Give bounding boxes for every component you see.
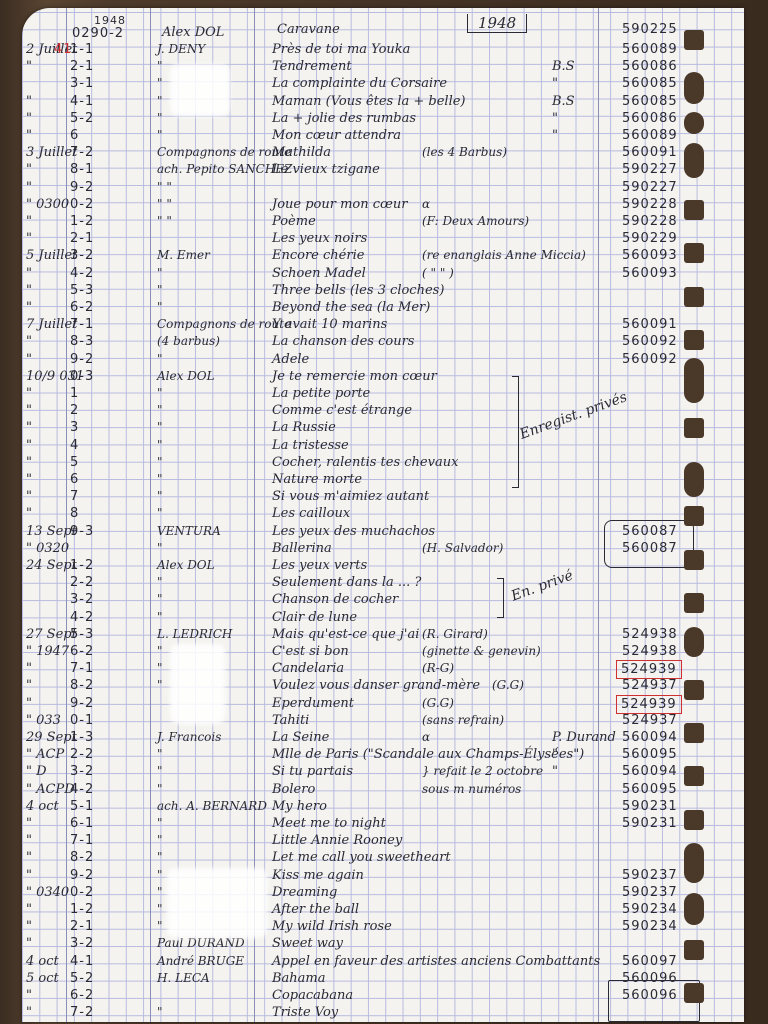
row-ref: 524938 xyxy=(622,626,678,643)
row-title: Je te remercie mon cœur xyxy=(272,368,437,385)
row-title: Beyond the sea (la Mer) xyxy=(272,299,430,316)
column-rule xyxy=(598,8,599,1022)
row-id: 9-2 xyxy=(70,179,94,196)
row-id: 8-1 xyxy=(70,161,94,178)
row-date: " 0300 xyxy=(26,196,69,213)
row-note: ( " " ) xyxy=(422,265,454,282)
row-id: 5-2 xyxy=(70,970,94,987)
row-date: 5 oct xyxy=(26,970,59,987)
row-ref: 560085 xyxy=(622,93,678,110)
row-id: 2-2 xyxy=(70,574,94,591)
row-artist: " xyxy=(157,849,163,866)
row-title: Ballerina xyxy=(272,540,332,557)
row-artist: (4 barbus) xyxy=(157,333,220,350)
row-ref: 590237 xyxy=(622,867,678,884)
correction-fluid xyxy=(167,868,267,938)
row-date: " xyxy=(26,471,32,488)
row-ref: 560092 xyxy=(622,333,678,350)
row-date: " xyxy=(26,385,32,402)
row-label: B.S xyxy=(552,58,575,75)
row-artist: " xyxy=(157,815,163,832)
row-label: " xyxy=(552,110,558,127)
row-artist: " xyxy=(157,540,163,557)
row-artist: " xyxy=(157,832,163,849)
side-note: Enregist. privés xyxy=(518,389,630,443)
row-id: 0-2 xyxy=(70,884,94,901)
row-id: 1-1 xyxy=(70,41,94,58)
row-date: " xyxy=(26,161,32,178)
row-title: Sweet way xyxy=(272,935,343,952)
row-title: Kiss me again xyxy=(272,867,364,884)
row-id: 4 xyxy=(70,437,79,454)
ref-box xyxy=(604,520,694,568)
row-date: " 0320 xyxy=(26,540,69,557)
row-artist: " xyxy=(157,901,163,918)
year-header: 1948 xyxy=(467,14,527,33)
row-id: 9-2 xyxy=(70,351,94,368)
row-title: Y avait 10 marins xyxy=(272,316,387,333)
row-artist: " xyxy=(157,781,163,798)
row-ref: 560091 xyxy=(622,144,678,161)
row-id: 7-1 xyxy=(70,832,94,849)
row-artist: " " xyxy=(157,179,172,196)
row-date: " 033 xyxy=(26,712,61,729)
row-artist: Alex DOL xyxy=(157,557,215,574)
row-note: (G.G) xyxy=(422,695,454,712)
row-title: Seulement dans la ... ? xyxy=(272,574,421,591)
row-artist: " xyxy=(157,93,163,110)
row-ref: 560094 xyxy=(622,729,678,746)
row-ref: 560093 xyxy=(622,247,678,264)
row-title: Voulez vous danser grand-mère xyxy=(272,677,480,694)
correction-fluid xyxy=(170,64,230,116)
row-id: 6-1 xyxy=(70,815,94,832)
row-note: (H. Salvador) xyxy=(422,540,503,557)
ledger-page: 1948 1948 0290-2 Alex DOL Caravane 59022… xyxy=(22,8,744,1022)
row-title: Meet me to night xyxy=(272,815,386,832)
row-title: Les yeux verts xyxy=(272,557,367,574)
row-date: " xyxy=(26,660,32,677)
row-label: " xyxy=(552,763,558,780)
row-artist: " xyxy=(157,591,163,608)
row-title: La Seine xyxy=(272,729,329,746)
row-date: " ACP xyxy=(26,746,64,763)
row-artist: " xyxy=(157,884,163,901)
row-artist: " xyxy=(157,419,163,436)
row-id: 8-2 xyxy=(70,849,94,866)
row-title: La + jolie des rumbas xyxy=(272,110,416,127)
row-date: " xyxy=(26,935,32,952)
row-title: Le vieux tzigane xyxy=(272,161,380,178)
row-artist: " xyxy=(157,488,163,505)
row-title: Let me call you sweetheart xyxy=(272,849,451,866)
row-artist: " xyxy=(157,643,163,660)
row-title: La petite porte xyxy=(272,385,370,402)
row-title: Triste Voy xyxy=(272,1004,338,1021)
row-title: C'est si bon xyxy=(272,643,349,660)
row-title: La chanson des cours xyxy=(272,333,414,350)
row-note: α xyxy=(422,196,430,213)
row-title: Tendrement xyxy=(272,58,352,75)
row-id: 5-2 xyxy=(70,110,94,127)
row-date: " xyxy=(26,815,32,832)
row-title: Les yeux des muchachos xyxy=(272,523,435,540)
row-id: 4-2 xyxy=(70,781,94,798)
row-id: 2-1 xyxy=(70,58,94,75)
row-title: Schoen Madel xyxy=(272,265,366,282)
row-note: α xyxy=(422,729,430,746)
row-artist: " xyxy=(157,75,163,92)
row-note: (les 4 Barbus) xyxy=(422,144,507,161)
row-date: " xyxy=(26,265,32,282)
row-date: " xyxy=(26,867,32,884)
row-artist: M. Emer xyxy=(157,247,210,264)
row-id: 9-2 xyxy=(70,695,94,712)
row-artist: " xyxy=(157,746,163,763)
row-title: Comme c'est étrange xyxy=(272,402,412,419)
row-title: Little Annie Rooney xyxy=(272,832,402,849)
row-artist: VENTURA xyxy=(157,523,221,540)
row-artist: André BRUGE xyxy=(157,953,244,970)
row-ref: 560097 xyxy=(622,953,678,970)
row-artist: J. Francois xyxy=(157,729,221,746)
row-id: 0-3 xyxy=(70,368,94,385)
row-label: B.S xyxy=(552,93,575,110)
row-label: P. Durand xyxy=(552,729,616,746)
row-title: Mathilda xyxy=(272,144,331,161)
row-id: 2-1 xyxy=(70,918,94,935)
row-date: " xyxy=(26,901,32,918)
row-ref: 560086 xyxy=(622,110,678,127)
row-artist: " xyxy=(157,660,163,677)
row-ref: 560089 xyxy=(622,41,678,58)
row-ref: 590234 xyxy=(622,918,678,935)
row-artist: " xyxy=(157,127,163,144)
row-artist: " xyxy=(157,471,163,488)
row-note: (sans refrain) xyxy=(422,712,504,729)
row-date: " xyxy=(26,832,32,849)
row-title: Cocher, ralentis tes chevaux xyxy=(272,454,458,471)
row-ref: 560091 xyxy=(622,316,678,333)
row-id: 1-2 xyxy=(70,213,94,230)
row-ref: 560085 xyxy=(622,75,678,92)
row-title: Mon cœur attendra xyxy=(272,127,401,144)
row-title: Bolero xyxy=(272,781,315,798)
top-ref: 590225 xyxy=(622,21,678,38)
side-note: En. privé xyxy=(509,567,575,604)
row-date: " xyxy=(26,127,32,144)
row-id: 1-3 xyxy=(70,729,94,746)
row-artist: " xyxy=(157,918,163,935)
row-title: Candelaria xyxy=(272,660,344,677)
row-ref: 560094 xyxy=(622,763,678,780)
row-id: 2 xyxy=(70,402,79,419)
row-ref: 524939 xyxy=(616,695,682,714)
row-date: " D xyxy=(26,763,47,780)
row-artist: " xyxy=(157,351,163,368)
row-ref: 560086 xyxy=(622,58,678,75)
row-artist: H. LECA xyxy=(157,970,210,987)
row-artist: " xyxy=(157,58,163,75)
row-id: 3-2 xyxy=(70,763,94,780)
row-ref: 590227 xyxy=(622,179,678,196)
row-ref: 590228 xyxy=(622,196,678,213)
row-id: 6-2 xyxy=(70,299,94,316)
row-date: " xyxy=(26,849,32,866)
row-date: " xyxy=(26,179,32,196)
row-id: 6-2 xyxy=(70,643,94,660)
row-title: Nature morte xyxy=(272,471,362,488)
row-date: " xyxy=(26,282,32,299)
row-id: 4-2 xyxy=(70,609,94,626)
row-artist: " xyxy=(157,574,163,591)
row-id: 8-3 xyxy=(70,333,94,350)
row-artist: " xyxy=(157,609,163,626)
row-artist: " xyxy=(157,1004,163,1021)
row-id: 8-2 xyxy=(70,677,94,694)
row-date: 4 oct xyxy=(26,798,59,815)
row-id: 7-2 xyxy=(70,144,94,161)
row-id: 3-2 xyxy=(70,247,94,264)
row-date: " xyxy=(26,987,32,1004)
row-artist: " xyxy=(157,282,163,299)
row-title: Joue pour mon cœur xyxy=(272,196,407,213)
row-artist: " xyxy=(157,763,163,780)
row-artist: " " xyxy=(157,213,172,230)
row-id: 2-1 xyxy=(70,230,94,247)
row-id: 0-1 xyxy=(70,712,94,729)
row-ref: 590229 xyxy=(622,230,678,247)
row-id: 7-1 xyxy=(70,316,94,333)
row-note: (R-G) xyxy=(422,660,454,677)
row-ref: 590231 xyxy=(622,798,678,815)
row-ref: 590231 xyxy=(622,815,678,832)
row-id: 0-2 xyxy=(70,196,94,213)
row-artist: " xyxy=(157,505,163,522)
row-id: 4-2 xyxy=(70,265,94,282)
row-id: 5-3 xyxy=(70,626,94,643)
row-id: 9-3 xyxy=(70,523,94,540)
row-date: " xyxy=(26,402,32,419)
row-artist: J. DENY xyxy=(157,41,205,58)
row-id: 6 xyxy=(70,127,79,144)
row-title: Three bells (les 3 cloches) xyxy=(272,282,444,299)
row-title: Bahama xyxy=(272,970,326,987)
row-artist: " xyxy=(157,110,163,127)
row-title: Adele xyxy=(272,351,309,368)
row-id: 4-1 xyxy=(70,93,94,110)
row-date: " xyxy=(26,454,32,471)
row-title: Les yeux noirs xyxy=(272,230,367,247)
row-date: " xyxy=(26,918,32,935)
row-artist: " xyxy=(157,867,163,884)
row-ref: 590237 xyxy=(622,884,678,901)
row-title: My wild Irish rose xyxy=(272,918,392,935)
row-note: (F: Deux Amours) xyxy=(422,213,529,230)
row-id: 3-2 xyxy=(70,591,94,608)
row-title: Chanson de cocher xyxy=(272,591,398,608)
row-artist: " xyxy=(157,299,163,316)
correction-fluid xyxy=(170,644,225,724)
row-title: Poème xyxy=(272,213,316,230)
row-ref: 524937 xyxy=(622,712,678,729)
row-artist: " xyxy=(157,454,163,471)
bracket xyxy=(497,578,504,618)
row-id: 5-3 xyxy=(70,282,94,299)
row-title: Appel en faveur des artistes anciens Com… xyxy=(272,953,600,970)
row-title: La Russie xyxy=(272,419,336,436)
row-title: Dreaming xyxy=(272,884,337,901)
row-id: 6 xyxy=(70,471,79,488)
row-ref: 560095 xyxy=(622,746,678,763)
row-ref: 524938 xyxy=(622,643,678,660)
row-date: " xyxy=(26,93,32,110)
row-ref: 524937 xyxy=(622,677,678,694)
row-title: Tahiti xyxy=(272,712,309,729)
row-artist: " xyxy=(157,402,163,419)
row-title: Mlle de Paris ("Scandale aux Champs-Élys… xyxy=(272,746,584,763)
row-date: " xyxy=(26,110,32,127)
row-note: } refait le 2 octobre xyxy=(422,763,543,780)
row-date: " 1947 xyxy=(26,643,69,660)
row-title: Près de toi ma Youka xyxy=(272,41,410,58)
row-id: 7-1 xyxy=(70,660,94,677)
row-artist: Alex DOL xyxy=(157,368,215,385)
row-ref: 560089 xyxy=(622,127,678,144)
row-note: (re enanglais Anne Miccia) xyxy=(422,247,586,264)
row-title: Mais qu'est-ce que j'ai xyxy=(272,626,419,643)
row-date: " xyxy=(26,299,32,316)
row-title: Maman (Vous êtes la + belle) xyxy=(272,93,466,110)
row-title: Copacabana xyxy=(272,987,353,1004)
row-label: " xyxy=(552,746,558,763)
row-label: " xyxy=(552,127,558,144)
row-note: sous m numéros xyxy=(422,781,521,798)
row-ref: 524939 xyxy=(616,660,682,679)
row-title: La tristesse xyxy=(272,437,349,454)
row-title: Encore chérie xyxy=(272,247,364,264)
row-date: " xyxy=(26,437,32,454)
row-date: 4 oct xyxy=(26,953,59,970)
column-rule xyxy=(150,8,151,1022)
row-note: (G.G) xyxy=(492,677,524,694)
row-id: 6-2 xyxy=(70,987,94,1004)
row-id: 7 xyxy=(70,488,79,505)
bracket xyxy=(512,376,519,488)
row-artist: L. LEDRICH xyxy=(157,626,232,643)
row-id: 5-1 xyxy=(70,798,94,815)
row-title: La complainte du Corsaire xyxy=(272,75,447,92)
row-label: " xyxy=(552,75,558,92)
top-title: Caravane xyxy=(277,21,340,38)
row-date: " xyxy=(26,488,32,505)
row-id: 7-2 xyxy=(70,1004,94,1021)
row-artist: " xyxy=(157,265,163,282)
row-ref: 590228 xyxy=(622,213,678,230)
row-id: 4-1 xyxy=(70,953,94,970)
row-title: Si tu partais xyxy=(272,763,353,780)
row-id: 5 xyxy=(70,454,79,471)
row-artist: " " xyxy=(157,196,172,213)
row-artist: " xyxy=(157,437,163,454)
row-date: " xyxy=(26,213,32,230)
row-id: 1 xyxy=(70,385,79,402)
row-id: 9-2 xyxy=(70,867,94,884)
row-date: " ACPD xyxy=(26,781,75,798)
row-id: 3-2 xyxy=(70,935,94,952)
row-ref: 590234 xyxy=(622,901,678,918)
row-date: " xyxy=(26,333,32,350)
row-date: " xyxy=(26,419,32,436)
row-date: " xyxy=(26,505,32,522)
row-title: Si vous m'aimiez autant xyxy=(272,488,429,505)
row-ref: 590227 xyxy=(622,161,678,178)
row-ref: 560095 xyxy=(622,781,678,798)
top-artist: Alex DOL xyxy=(162,24,224,41)
row-title: Les cailloux xyxy=(272,505,350,522)
row-id: 1-2 xyxy=(70,901,94,918)
row-id: 8 xyxy=(70,505,79,522)
row-date: " xyxy=(26,1004,32,1021)
row-date: " 0340 xyxy=(26,884,69,901)
row-note: (ginette & genevin) xyxy=(422,643,541,660)
row-id: 2-2 xyxy=(70,746,94,763)
row-id: 3-1 xyxy=(70,75,94,92)
row-date: " xyxy=(26,677,32,694)
row-artist: ach. A. BERNARD xyxy=(157,798,267,815)
row-title: Clair de lune xyxy=(272,609,357,626)
row-date: " xyxy=(26,230,32,247)
row-title: Eperdument xyxy=(272,695,354,712)
row-title: My hero xyxy=(272,798,327,815)
row-id: 1-2 xyxy=(70,557,94,574)
row-ref: 560093 xyxy=(622,265,678,282)
row-artist: " xyxy=(157,677,163,694)
row-date: " xyxy=(26,351,32,368)
row-ref: 560092 xyxy=(622,351,678,368)
top-id: 0290-2 xyxy=(72,25,124,42)
row-date: " xyxy=(26,58,32,75)
row-note: (R. Girard) xyxy=(422,626,488,643)
row-date: " xyxy=(26,695,32,712)
row-artist: " xyxy=(157,385,163,402)
row-id: 3 xyxy=(70,419,79,436)
row-title: After the ball xyxy=(272,901,359,918)
